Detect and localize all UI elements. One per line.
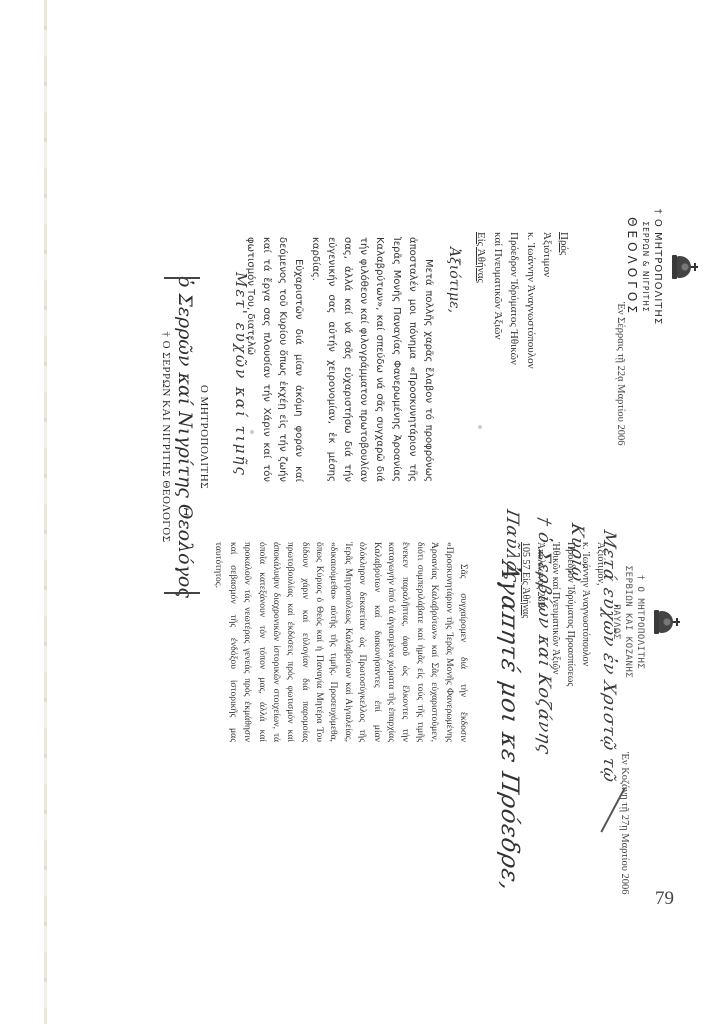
letterhead-line-1: † Ο ΜΗΤΡΟΠΟΛΙΤΗΣ — [651, 182, 665, 352]
scan-margin — [0, 0, 44, 1024]
handwritten-greeting: Ἀξιότιμε, — [446, 247, 462, 313]
handwritten-closing: Μετ' εὐχῶν καί τιμῆς — [232, 272, 250, 477]
signature-stroke — [164, 277, 200, 279]
scan-artifact — [250, 430, 254, 434]
address-line: Ἀξιότιμον — [539, 232, 556, 369]
body-paragraph: Μετά πολλῆς χαρᾶς ἔλαβον τό προφρόνως ἀπ… — [307, 237, 437, 482]
address-line: καί Πνευματικῶν Ἀξιῶν — [490, 232, 507, 369]
crown-icon — [668, 254, 698, 280]
letter-body: Σᾶς συγχαίρομεν διά τήν ἔκδοσιν «Προσκυν… — [211, 542, 470, 742]
letter-serres: † Ο ΜΗΤΡΟΠΟΛΙΤΗΣ ΣΕΡΡΩΝ & ΝΙΓΡΙΤΗΣ ΘΕΟΛΟ… — [80, 32, 720, 502]
letterhead-line-1: † Ο ΜΗΤΡΟΠΟΛΙΤΗΣ — [634, 542, 646, 702]
address-to-label: Πρός — [556, 232, 573, 369]
body-paragraph: Σᾶς συγχαίρομεν διά τήν ἔκδοσιν «Προσκυν… — [211, 542, 470, 742]
address-city: Εἰς Ἀθήνας — [473, 232, 490, 369]
page-number: 79 — [655, 888, 674, 910]
letter-date: Ἐν Σέρραις τῇ 22ᾳ Μαρτίου 2006 — [615, 302, 626, 446]
closing-wrapper: Μετά εὐχῶν ἐν Χριστῷ τῷ Κυρίῳ † ὁ Σερβίω… — [505, 520, 625, 820]
closing-line: † ὁ Σερβίων καί Κοζάνης Παῦλος — [496, 506, 561, 820]
scan-artifact — [478, 425, 482, 429]
crown-icon — [650, 609, 680, 635]
handwritten-closing: Μετά εὐχῶν ἐν Χριστῷ τῷ Κυρίῳ † ὁ Σερβίω… — [496, 506, 625, 833]
closing-line: Μετά εὐχῶν ἐν Χριστῷ τῷ Κυρίῳ — [560, 520, 625, 834]
address-line: κ. Ἰωάννην Ἀναγνωστόπουλον — [523, 232, 540, 369]
torn-paper-edge — [44, 0, 47, 1024]
address-line: Πρόεδρον Ἱδρύματος Ἠθικῶν — [506, 232, 523, 369]
recipient-address: Πρός Ἀξιότιμον κ. Ἰωάννην Ἀναγνωστόπουλο… — [473, 232, 572, 369]
letter-body: Μετά πολλῆς χαρᾶς ἔλαβον τό προφρόνως ἀπ… — [242, 237, 436, 482]
letterhead-line-2: ΣΕΡΡΩΝ & ΝΙΓΡΙΤΗΣ — [640, 182, 650, 352]
letterhead-serres: † Ο ΜΗΤΡΟΠΟΛΙΤΗΣ ΣΕΡΡΩΝ & ΝΙΓΡΙΤΗΣ ΘΕΟΛΟ… — [624, 182, 698, 352]
letterhead-line-3: ΘΕΟΛΟΓΟΣ — [624, 182, 640, 352]
scanned-page-rotated: † Ο ΜΗΤΡΟΠΟΛΙΤΗΣ ΣΕΡΡΩΝ & ΝΙΓΡΙΤΗΣ ΘΕΟΛΟ… — [80, 12, 720, 1012]
body-paragraph: Εὐχαριστῶν διά μίαν ἀκόμη φοράν καί δεόμ… — [242, 237, 307, 482]
